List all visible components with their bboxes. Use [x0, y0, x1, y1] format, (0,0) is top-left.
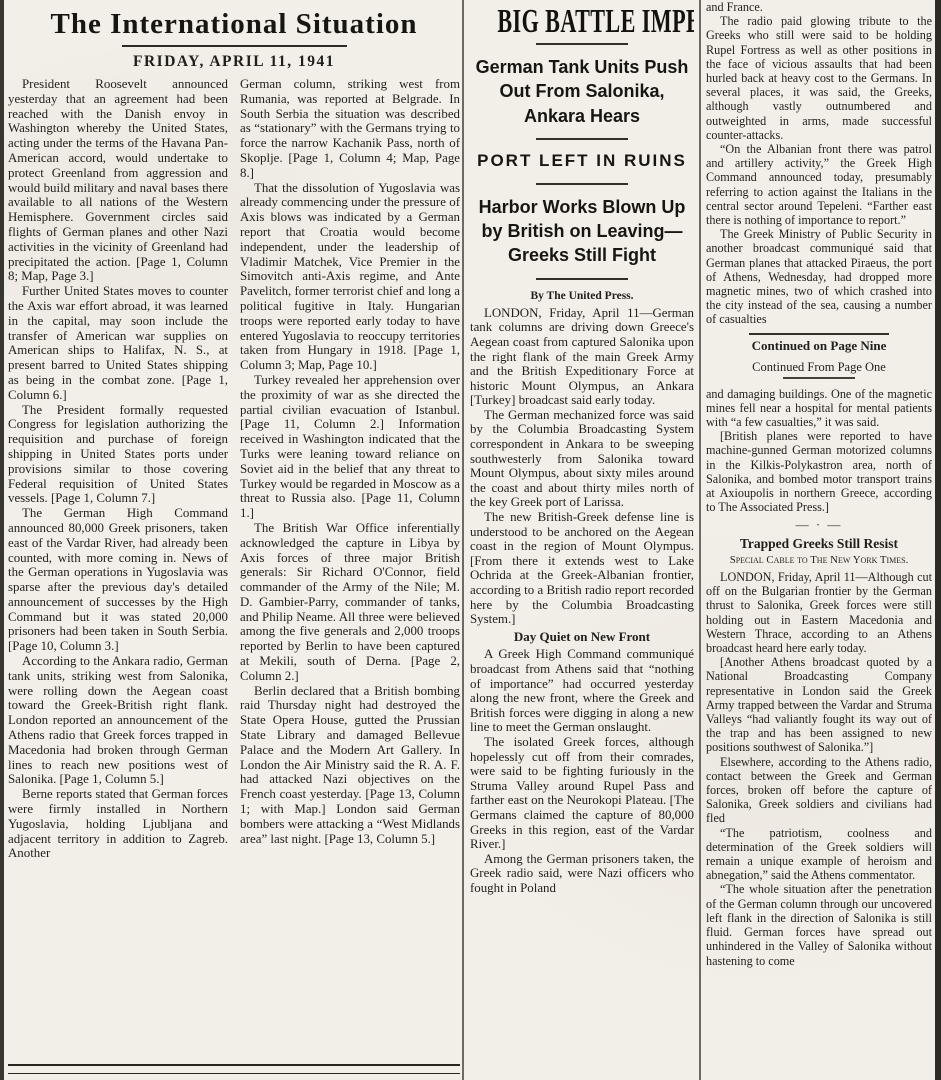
newspaper-page: The International Situation FRIDAY, APRI…: [0, 0, 941, 1080]
deck-headline-3: Harbor Works Blown Up by British on Leav…: [474, 195, 690, 268]
paragraph: Among the German prisoners taken, the Gr…: [470, 852, 694, 896]
paragraph: Elsewhere, according to the Athens radio…: [706, 755, 932, 826]
summary-col-2: German column, striking west from Rumani…: [240, 77, 460, 1043]
continuation-paragraph-mid: and damaging buildings. One of the magne…: [706, 387, 932, 430]
scan-edge-right: [935, 0, 941, 1080]
paragraph: President Roosevelt announced yesterday …: [8, 77, 228, 284]
paragraph: Turkey revealed her apprehension over th…: [240, 373, 460, 521]
title-rule: [122, 45, 347, 47]
article-subhead: Day Quiet on New Front: [470, 630, 694, 645]
paragraph: The President formally requested Congres…: [8, 403, 228, 507]
summary-col-1: President Roosevelt announced yesterday …: [8, 77, 228, 1043]
continuation-bottom-paragraphs: LONDON, Friday, April 11—Although cut of…: [706, 570, 932, 968]
byline: By The United Press.: [470, 290, 694, 302]
paragraph: Berlin declared that a British bombing r…: [240, 684, 460, 847]
continued-rule-below: [783, 377, 855, 379]
paragraph: Further United States moves to counter t…: [8, 284, 228, 402]
paragraph: Berne reports stated that German forces …: [8, 787, 228, 861]
paragraph: [British planes were reported to have ma…: [706, 429, 932, 514]
summary-col-2-text: That the dissolution of Yugoslavia was a…: [240, 181, 460, 847]
paragraph: The Greek Ministry of Public Security in…: [706, 227, 932, 326]
headline-divider-3: [536, 183, 628, 185]
column-rule-1: [462, 0, 464, 1080]
paragraph: The German mechanized force was said by …: [470, 408, 694, 510]
headline-divider-4: [536, 278, 628, 280]
scan-edge-left: [0, 0, 4, 1080]
paragraph: LONDON, Friday, April 11—German tank col…: [470, 306, 694, 408]
paragraph: The radio paid glowing tribute to the Gr…: [706, 14, 932, 142]
article-column: BIG BATTLE IMPENDS German Tank Units Pus…: [470, 0, 694, 1080]
deck-headline-2: PORT LEFT IN RUINS: [474, 150, 690, 173]
paragraph: [Another Athens broadcast quoted by a Na…: [706, 655, 932, 754]
continuation-body: and France. The radio paid glowing tribu…: [706, 0, 932, 968]
paragraph: According to the Ankara radio, German ta…: [8, 654, 228, 787]
paragraph: “The patriotism, coolness and determinat…: [706, 826, 932, 883]
article-top-paragraphs: LONDON, Friday, April 11—German tank col…: [470, 306, 694, 627]
continuation-line: and France.: [706, 0, 932, 14]
summary-col-1-text: President Roosevelt announced yesterday …: [8, 77, 228, 861]
paragraph: The British War Office inferentially ack…: [240, 521, 460, 684]
dash-dot-ornament: — · —: [706, 518, 932, 532]
article-banner-headline: BIG BATTLE IMPENDS: [470, 2, 694, 33]
continuation-mid-paragraphs: [British planes were reported to have ma…: [706, 429, 932, 514]
paragraph: “The whole situation after the penetrati…: [706, 882, 932, 967]
credit-line: Special Cable to The New York Times.: [706, 553, 932, 567]
continued-on-notice: Continued on Page Nine: [706, 339, 932, 353]
paragraph: That the dissolution of Yugoslavia was a…: [240, 181, 460, 373]
article-body-top: LONDON, Friday, April 11—German tank col…: [470, 306, 694, 896]
column-rule-2: [699, 0, 701, 1080]
continuation-column: and France. The radio paid glowing tribu…: [706, 0, 932, 1080]
paragraph: LONDON, Friday, April 11—Although cut of…: [706, 570, 932, 655]
paragraph: The isolated Greek forces, although hope…: [470, 735, 694, 852]
headline-divider-2: [536, 138, 628, 140]
paragraph: The German High Command announced 80,000…: [8, 506, 228, 654]
section-title: The International Situation: [8, 8, 460, 41]
headline-divider-1: [536, 43, 628, 45]
continued-rule-above: [749, 333, 889, 335]
continuation-paragraph: German column, striking west from Rumani…: [240, 77, 460, 181]
date-line: FRIDAY, APRIL 11, 1941: [8, 53, 460, 71]
paragraph: The new British-Greek defense line is un…: [470, 510, 694, 627]
section-bottom-rule: [8, 1064, 460, 1074]
article-bottom-paragraphs: A Greek High Command communiqué broadcas…: [470, 647, 694, 895]
international-situation-section: The International Situation FRIDAY, APRI…: [8, 0, 460, 1080]
paragraph: A Greek High Command communiqué broadcas…: [470, 647, 694, 735]
deck-headline-1: German Tank Units Push Out From Salonika…: [474, 55, 690, 128]
continuation-top-paragraphs: The radio paid glowing tribute to the Gr…: [706, 14, 932, 326]
sub-article-headline: Trapped Greeks Still Resist: [706, 537, 932, 551]
paragraph: “On the Albanian front there was patrol …: [706, 142, 932, 227]
continued-from-notice: Continued From Page One: [706, 360, 932, 374]
summary-columns: President Roosevelt announced yesterday …: [8, 77, 460, 1043]
